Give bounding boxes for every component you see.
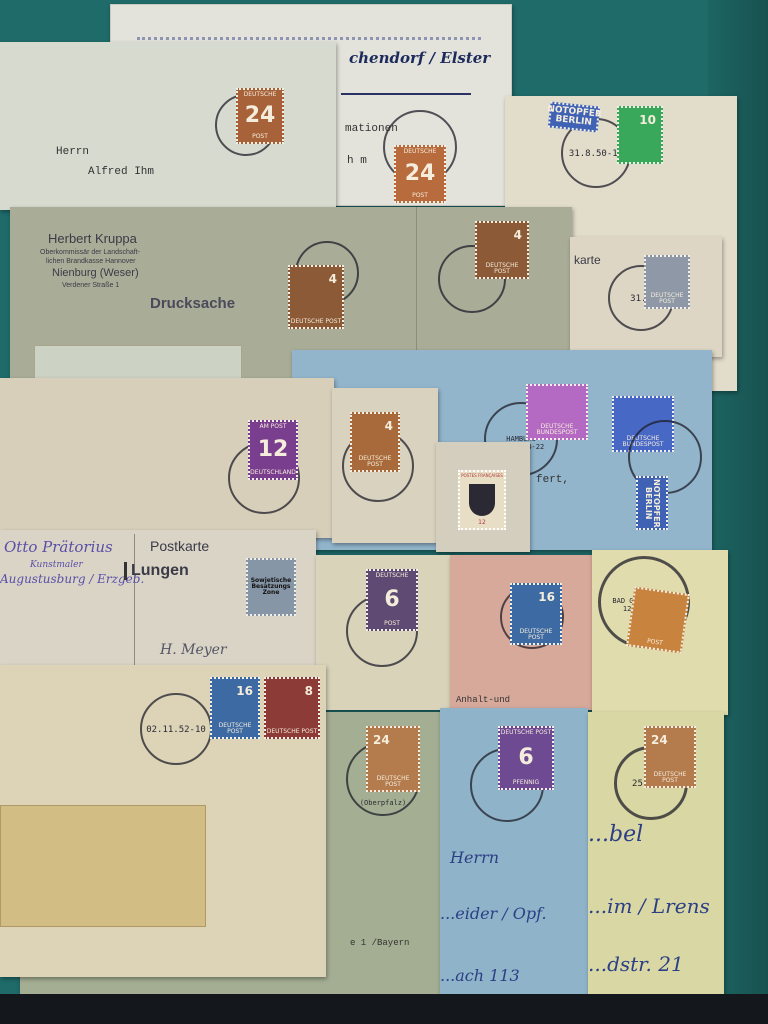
handwritten-address: ...bel: [588, 822, 643, 847]
sender-street: Verdener Straße 1: [62, 282, 119, 289]
stamp-6-pfennig: DEUTSCHE POSTPFENNIG6: [498, 726, 554, 790]
sender-fragment: chendorf / Elster: [349, 49, 490, 67]
handwritten-address: ...eider / Opf.: [440, 904, 547, 923]
card-praetorius: Otto Prätorius Kunstmaler Augustusburg /…: [0, 530, 316, 670]
piece-muenchen-4: 4DEUTSCHE POST: [332, 388, 438, 543]
sender-name: Herbert Kruppa: [48, 231, 137, 246]
stamp-notopfer: NOTOPFER BERLIN: [548, 101, 600, 132]
stamp-24-pf: 24DEUTSCHE POST: [366, 726, 420, 792]
handwritten-address: ...dstr. 21: [588, 952, 684, 976]
stamp-8: 8DEUTSCHE POST: [264, 677, 320, 739]
cover-yellow-24: 25.5.48 24DEUTSCHE POST ...bel ...im / L…: [588, 712, 724, 1012]
cover-am-post: AM POST12DEUTSCHLAND: [0, 378, 334, 538]
sender-city: Augustusburg / Erzgeb.: [0, 572, 144, 586]
stamp-am-post-12: AM POST12DEUTSCHLAND: [248, 420, 298, 480]
signature: H. Meyer: [160, 642, 227, 658]
stamp-4: 4DEUTSCHE POST: [475, 221, 529, 279]
cover-gandersheim: BAD GANDERSHEIM 12.3.46-18 POST: [592, 550, 728, 715]
drucksache-label: Drucksache: [150, 295, 235, 312]
sender-city: Nienburg (Weser): [52, 267, 139, 279]
handwritten-address: Herrn: [450, 848, 499, 867]
stamp-grey: DEUTSCHE POST: [644, 255, 690, 309]
cover-alfred-ihm: DEUTSCHE24POST Herrn Alfred Ihm: [0, 42, 336, 210]
text-fragment: h m: [347, 155, 367, 167]
sender-name: Otto Prätorius: [4, 538, 113, 556]
stamp-4: 4DEUTSCHE POST: [288, 265, 344, 329]
sender-line: Kunstmaler: [30, 560, 83, 570]
stamp-notopfer: NOTOPFER BERLIN: [636, 476, 668, 530]
cover-pink-16: 16DEUTSCHE POST Anhalt-und: [450, 555, 595, 710]
card-postkarte-grey: karte 31.5 DEUTSCHE POST: [570, 237, 722, 357]
piece-deutsche-post-6: DEUTSCHE6POST: [316, 555, 454, 710]
stamp-10: 10: [617, 106, 663, 164]
stamp-bundespost-purple: DEUTSCHE BUNDESPOST: [526, 384, 588, 440]
piece-pfalz: POSTES FRANÇAISES12: [436, 442, 530, 552]
text-fragment: Anhalt-und: [456, 695, 510, 705]
title-fragment: karte: [574, 253, 601, 267]
stamp-6: DEUTSCHE6POST: [366, 569, 418, 631]
stamp-16: 16DEUTSCHE POST: [510, 583, 562, 645]
sender-line: Oberkommissär der Landschaft-: [40, 249, 140, 256]
text-fragment: fert,: [536, 474, 569, 486]
envelope-window: [0, 805, 206, 927]
slogan-cancel: Lungen: [124, 562, 189, 580]
stamp-24-pf: 24DEUTSCHE POST: [644, 726, 696, 788]
stamp-overprinted: POST: [626, 586, 690, 653]
addressee-line: Herrn: [56, 146, 89, 158]
stamp-16: 16DEUTSCHE POST: [210, 677, 260, 739]
postkarte-title: Postkarte: [150, 538, 209, 554]
handwritten-address: ...ach 113: [440, 966, 520, 985]
stamp-pfalz-12: POSTES FRANÇAISES12: [458, 470, 506, 530]
stamp-24: DEUTSCHE24POST: [394, 145, 446, 203]
shelf-edge: [0, 994, 768, 1024]
handwritten-address: ...im / Lrens: [588, 894, 710, 918]
sender-line: lichen Brandkasse Hannover: [46, 258, 136, 265]
addressee-line: Alfred Ihm: [88, 166, 154, 178]
cover-blue-6: DEUTSCHE POSTPFENNIG6 Herrn ...eider / O…: [440, 708, 588, 1014]
postmark: 02.11.52-10: [140, 693, 212, 765]
text-fragment: e 1 /Bayern: [350, 938, 409, 948]
stamp-24: DEUTSCHE24POST: [236, 88, 284, 144]
stamp-overprint: Sowjetische Besatzungs Zone: [246, 558, 296, 616]
stamp-4: 4DEUTSCHE POST: [350, 412, 400, 472]
cover-window-envelope: 02.11.52-10 16DEUTSCHE POST 8DEUTSCHE PO…: [0, 665, 326, 977]
